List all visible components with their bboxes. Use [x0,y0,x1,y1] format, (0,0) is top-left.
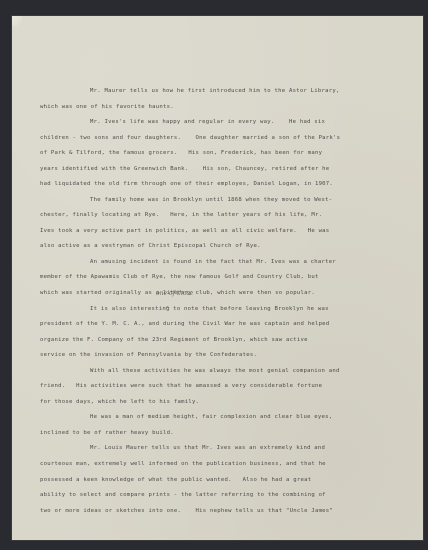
handwritten-insertion: one of those [156,290,193,297]
page-corner-highlight [12,16,22,26]
insertion-caret-icon: ^ [165,306,170,313]
text-line: ability to select and compare prints - t… [40,491,326,499]
text-line: chester, finally locating at Rye. Here, … [40,211,322,219]
text-line: An amusing incident is found in the fact… [90,258,336,266]
text-line: which was one of his favorite haunts. [40,103,174,111]
text-line: children - two sons and four daughters. … [40,134,340,142]
text-line: Ives took a very active part in politics… [40,227,329,235]
text-line: had liquidated the old firm through one … [40,180,333,188]
text-line: friend. His activities were such that he… [40,382,322,390]
text-line: two or more ideas or sketches into one. … [40,507,333,515]
text-line: courteous man, extremely well informed o… [40,460,326,468]
text-line: The family home was in Brooklyn until 18… [90,196,332,204]
text-line: possessed a keen knowledge of what the p… [40,476,311,484]
document-page: Mr. Maurer tells us how he first introdu… [12,16,423,540]
text-line: president of the Y. M. C. A., and during… [40,320,329,328]
text-line: Mr. Ives's life was happy and regular in… [90,118,325,126]
text-line: of Park & Tilford, the famous grocers. H… [40,149,322,157]
text-line: organize the F. Company of the 23rd Regi… [40,336,308,344]
text-line: It is also interesting to note that befo… [90,305,329,313]
text-line: service on the invasion of Pennsylvania … [40,351,257,359]
text-line: member of the Apawamis Club of Rye, the … [40,273,319,281]
text-line: He was a man of medium height, fair comp… [90,413,332,421]
text-line: Mr. Maurer tells us how he first introdu… [90,87,340,95]
text-line: years identified with the Greenwich Bank… [40,165,329,173]
text-line: for those days, which he left to his fam… [40,398,199,406]
scan-background: Mr. Maurer tells us how he first introdu… [0,0,428,550]
text-line: With all these activities he was always … [90,367,340,375]
text-line: also active as a vestryman of Christ Epi… [40,242,261,250]
text-line: Mr. Louis Maurer tells us that Mr. Ives … [90,444,325,452]
text-line: inclined to be of rather heavy build. [40,429,174,437]
